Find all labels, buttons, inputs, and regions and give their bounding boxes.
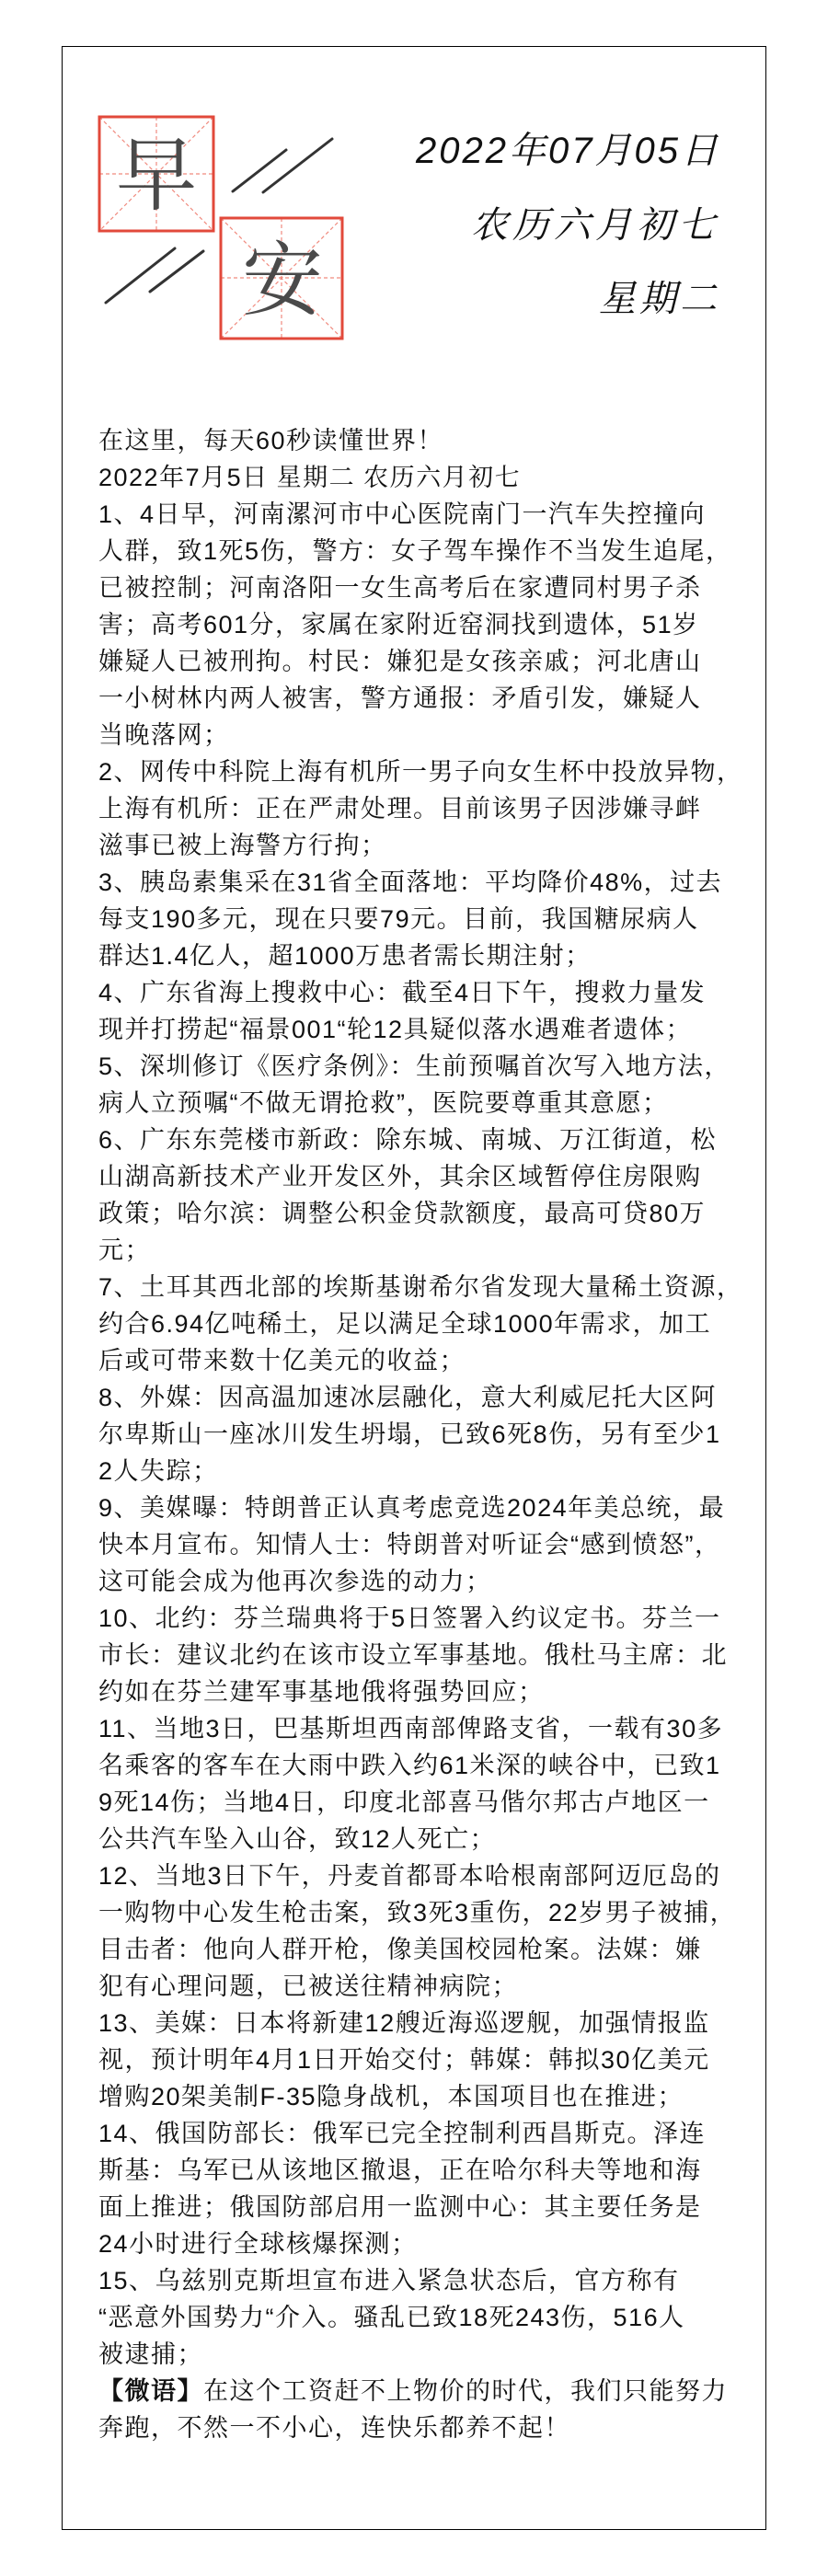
item-number: 1、 [98, 500, 140, 528]
closing-line: 【微语】在这个工资赶不上物价的时代，我们只能努力 [98, 2373, 743, 2409]
news-line: 视，预计明年4月1日开始交付；韩媒：韩拟30亿美元 [98, 2041, 743, 2078]
news-item-13: 13、美媒：日本将新建12艘近海巡逻舰，加强情报监 视，预计明年4月1日开始交付… [98, 2005, 743, 2115]
news-line: 6、广东东莞楼市新政：除东城、南城、万江街道，松 [98, 1121, 743, 1158]
news-line: 9、美媒曝：特朗普正认真考虑竞选2024年美总统，最 [98, 1489, 743, 1526]
news-item-4: 4、广东省海上搜救中心：截至4日下午，搜救力量发 现并打捞起“福景001“轮12… [98, 974, 743, 1048]
news-text: 广东东莞楼市新政：除东城、南城、万江街道，松 [140, 1126, 717, 1154]
news-line: 11、当地3日，巴基斯坦西南部俾路支省，一载有30多 [98, 1710, 743, 1747]
news-line: 元； [98, 1232, 743, 1269]
news-item-8: 8、外媒：因高温加速冰层融化，意大利威尼托大区阿 尔卑斯山一座冰川发生坍塌，已致… [98, 1379, 743, 1489]
header-lunar-date: 农历六月初七 [471, 203, 719, 247]
item-number: 3、 [98, 868, 140, 896]
item-number: 15、 [98, 2267, 155, 2294]
news-line: 24小时进行全球核爆探测； [98, 2225, 743, 2262]
news-line: 增购20架美制F-35隐身战机，本国项目也在推进； [98, 2078, 743, 2115]
item-number: 8、 [98, 1384, 140, 1411]
news-item-12: 12、当地3日下午，丹麦首都哥本哈根南部阿迈厄岛的 一购物中心发生枪击案，致3死… [98, 1857, 743, 2005]
header-weekday: 星期二 [599, 277, 720, 321]
news-line: 群达1.4亿人，超1000万患者需长期注射； [98, 937, 743, 974]
dateline: 2022年7月5日 星期二 农历六月初七 [98, 459, 743, 496]
news-line: 被逮捕； [98, 2336, 743, 2373]
news-item-7: 7、土耳其西北部的埃斯基谢希尔省发现大量稀土资源， 约合6.94亿吨稀土，足以满… [98, 1269, 743, 1379]
closing-line: 奔跑，不然一不小心，连快乐都养不起！ [98, 2409, 743, 2446]
news-line: 10、北约：芬兰瑞典将于5日签署入约议定书。芬兰一 [98, 1600, 743, 1637]
news-line: 公共汽车坠入山谷，致12人死亡； [98, 1821, 743, 1857]
news-line: 约合6.94亿吨稀土，足以满足全球1000年需求，加工 [98, 1305, 743, 1342]
news-line: 7、土耳其西北部的埃斯基谢希尔省发现大量稀土资源， [98, 1269, 743, 1305]
header-date: 2022年07月05日 [416, 129, 720, 173]
news-line: 现并打捞起“福景001“轮12具疑似落水遇难者遗体； [98, 1011, 743, 1048]
news-item-14: 14、俄国防部长：俄军已完全控制利西昌斯克。泽连 斯基：乌军已从该地区撤退，正在… [98, 2115, 743, 2262]
news-line: 政策；哈尔滨：调整公积金贷款额度，最高可贷80万 [98, 1195, 743, 1232]
item-number: 14、 [98, 2120, 155, 2147]
item-number: 5、 [98, 1052, 140, 1080]
news-text: 网传中科院上海有机所一男子向女生杯中投放异物， [140, 758, 743, 786]
news-text: 美媒：日本将新建12艘近海巡逻舰，加强情报监 [155, 2009, 710, 2037]
news-line: 面上推进；俄国防部启用一监测中心：其主要任务是 [98, 2189, 743, 2225]
item-number: 9、 [98, 1494, 140, 1522]
item-number: 11、 [98, 1715, 154, 1742]
item-number: 7、 [98, 1273, 140, 1301]
news-line: 这可能会成为他再次参选的动力； [98, 1563, 743, 1600]
news-line: 犯有心理问题，已被送往精神病院； [98, 1968, 743, 2005]
news-line: 斯基：乌军已从该地区撤退，正在哈尔科夫等地和海 [98, 2152, 743, 2189]
greeting-char-an: 安 [222, 220, 343, 340]
news-digest: 在这里，每天60秒读懂世界！ 2022年7月5日 星期二 农历六月初七 1、4日… [98, 422, 743, 2446]
closing-label: 【微语】 [98, 2377, 203, 2405]
item-number: 2、 [98, 758, 140, 786]
news-item-1: 1、4日早，河南漯河市中心医院南门一汽车失控撞向 人群，致1死5伤，警方：女子驾… [98, 496, 743, 753]
news-text: 当地3日，巴基斯坦西南部俾路支省，一载有30多 [154, 1715, 724, 1742]
news-line: 12、当地3日下午，丹麦首都哥本哈根南部阿迈厄岛的 [98, 1857, 743, 1894]
news-item-10: 10、北约：芬兰瑞典将于5日签署入约议定书。芬兰一 市长：建议北约在该市设立军事… [98, 1600, 743, 1710]
news-text: 乌兹别克斯坦宣布进入紧急状态后，官方称有 [155, 2267, 680, 2294]
news-line: 每支190多元，现在只要79元。目前，我国糖尿病人 [98, 901, 743, 937]
news-line: 市长：建议北约在该市设立军事基地。俄杜马主席：北 [98, 1637, 743, 1673]
news-line: 快本月宣布。知情人士：特朗普对听证会“感到愤怒”， [98, 1526, 743, 1563]
item-number: 13、 [98, 2009, 155, 2037]
news-line: 5、深圳修订《医疗条例》：生前预嘱首次写入地方法， [98, 1048, 743, 1085]
news-line: 后或可带来数十亿美元的收益； [98, 1342, 743, 1379]
news-line: 上海有机所：正在严肃处理。目前该男子因涉嫌寻衅 [98, 790, 743, 827]
news-item-9: 9、美媒曝：特朗普正认真考虑竞选2024年美总统，最 快本月宣布。知情人士：特朗… [98, 1489, 743, 1600]
news-line: 2、网传中科院上海有机所一男子向女生杯中投放异物， [98, 753, 743, 790]
news-item-6: 6、广东东莞楼市新政：除东城、南城、万江街道，松 山湖高新技术产业开发区外，其余… [98, 1121, 743, 1269]
tagline: 在这里，每天60秒读懂世界！ [98, 422, 743, 459]
news-line: 4、广东省海上搜救中心：截至4日下午，搜救力量发 [98, 974, 743, 1011]
news-line: 15、乌兹别克斯坦宣布进入紧急状态后，官方称有 [98, 2262, 743, 2299]
news-line: 已被控制；河南洛阳一女生高考后在家遭同村男子杀 [98, 569, 743, 606]
news-line: 尔卑斯山一座冰川发生坍塌，已致6死8伤，另有至少1 [98, 1416, 743, 1453]
news-line: 病人立预嘱“不做无谓抢救”，医院要尊重其意愿； [98, 1085, 743, 1121]
news-line: 一购物中心发生枪击案，致3死3重伤，22岁男子被捕， [98, 1894, 743, 1931]
news-line: 人群，致1死5伤，警方：女子驾车操作不当发生追尾， [98, 533, 743, 569]
news-item-5: 5、深圳修订《医疗条例》：生前预嘱首次写入地方法， 病人立预嘱“不做无谓抢救”，… [98, 1048, 743, 1121]
news-text: 胰岛素集采在31省全面落地：平均降价48%，过去 [140, 868, 722, 896]
news-text: 广东省海上搜救中心：截至4日下午，搜救力量发 [140, 979, 706, 1006]
item-number: 4、 [98, 979, 140, 1006]
news-line: “恶意外国势力“介入。骚乱已致18死243伤，516人 [98, 2299, 743, 2336]
news-line: 2人失踪； [98, 1453, 743, 1489]
news-line: 8、外媒：因高温加速冰层融化，意大利威尼托大区阿 [98, 1379, 743, 1416]
news-line: 目击者：他向人群开枪，像美国校园枪案。法媒：嫌 [98, 1931, 743, 1968]
news-text: 美媒曝：特朗普正认真考虑竞选2024年美总统，最 [140, 1494, 725, 1522]
item-number: 10、 [98, 1604, 155, 1632]
news-text: 4日早，河南漯河市中心医院南门一汽车失控撞向 [140, 500, 706, 528]
news-item-2: 2、网传中科院上海有机所一男子向女生杯中投放异物， 上海有机所：正在严肃处理。目… [98, 753, 743, 864]
news-line: 名乘客的客车在大雨中跌入约61米深的峡谷中，已致1 [98, 1747, 743, 1784]
news-text: 土耳其西北部的埃斯基谢希尔省发现大量稀土资源， [140, 1273, 743, 1301]
decorative-slash-icon [106, 248, 203, 303]
news-line: 3、胰岛素集采在31省全面落地：平均降价48%，过去 [98, 864, 743, 901]
item-number: 6、 [98, 1126, 140, 1154]
news-text: 当地3日下午，丹麦首都哥本哈根南部阿迈厄岛的 [155, 1862, 721, 1890]
news-line: 一小树林内两人被害，警方通报：矛盾引发，嫌疑人 [98, 680, 743, 717]
closing-text: 在这个工资赶不上物价的时代，我们只能努力 [203, 2377, 728, 2405]
news-line: 山湖高新技术产业开发区外，其余区域暂停住房限购 [98, 1158, 743, 1195]
news-text: 深圳修订《医疗条例》：生前预嘱首次写入地方法， [140, 1052, 730, 1080]
news-text: 俄国防部长：俄军已完全控制利西昌斯克。泽连 [155, 2120, 707, 2147]
news-line: 嫌疑人已被刑拘。村民：嫌犯是女孩亲戚；河北唐山 [98, 643, 743, 680]
news-item-3: 3、胰岛素集采在31省全面落地：平均降价48%，过去 每支190多元，现在只要7… [98, 864, 743, 974]
news-item-11: 11、当地3日，巴基斯坦西南部俾路支省，一载有30多 名乘客的客车在大雨中跌入约… [98, 1710, 743, 1857]
closing-quote: 【微语】在这个工资赶不上物价的时代，我们只能努力 奔跑，不然一不小心，连快乐都养… [98, 2373, 743, 2446]
news-item-15: 15、乌兹别克斯坦宣布进入紧急状态后，官方称有 “恶意外国势力“介入。骚乱已致1… [98, 2262, 743, 2373]
decorative-slash-icon [233, 139, 332, 192]
news-line: 14、俄国防部长：俄军已完全控制利西昌斯克。泽连 [98, 2115, 743, 2152]
news-line: 1、4日早，河南漯河市中心医院南门一汽车失控撞向 [98, 496, 743, 533]
news-text: 外媒：因高温加速冰层融化，意大利威尼托大区阿 [140, 1384, 717, 1411]
greeting-char-zao: 早 [99, 119, 213, 233]
news-line: 滋事已被上海警方行拘； [98, 827, 743, 864]
news-text: 北约：芬兰瑞典将于5日签署入约议定书。芬兰一 [155, 1604, 721, 1632]
news-line: 13、美媒：日本将新建12艘近海巡逻舰，加强情报监 [98, 2005, 743, 2041]
news-line: 当晚落网； [98, 717, 743, 753]
news-line: 害；高考601分，家属在家附近窑洞找到遗体，51岁 [98, 606, 743, 643]
item-number: 12、 [98, 1862, 155, 1890]
news-line: 9死14伤；当地4日，印度北部喜马偕尔邦古卢地区一 [98, 1784, 743, 1821]
news-line: 约如在芬兰建军事基地俄将强势回应； [98, 1673, 743, 1710]
